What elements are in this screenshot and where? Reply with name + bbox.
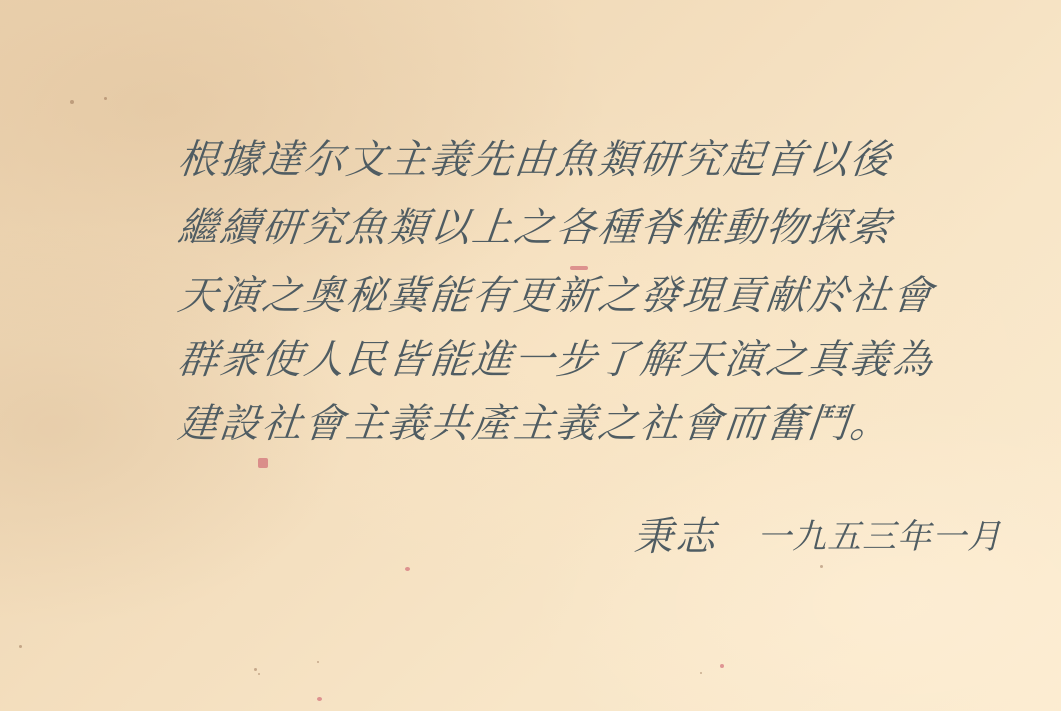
paper-stain [820,565,823,568]
paper-stain [317,661,319,663]
ink-mark [570,266,588,270]
letter-line-1: 根據達尔文主義先由魚類研究起首以後 [176,140,894,180]
ink-mark [720,664,724,668]
paper-stain [104,97,107,100]
letter-line-5: 建設社會主義共產主義之社會而奮鬥。 [176,404,894,444]
paper-stain [258,673,260,675]
paper-stain [19,645,22,648]
ink-mark [317,697,322,701]
ink-mark [405,567,410,571]
paper-stain [254,668,257,671]
ink-mark [258,458,268,468]
aged-paper-sheet: 根據達尔文主義先由魚類研究起首以後 繼續研究魚類以上之各種脊椎動物探索 天演之奧… [0,0,1061,711]
paper-stain [70,100,74,104]
letter-line-4: 群衆使人民皆能進一步了解天演之真義為 [176,340,936,380]
letter-line-2: 繼續研究魚類以上之各種脊椎動物探索 [176,208,894,248]
signature-date: 一九五三年一月 [757,509,1002,558]
paper-stain [700,672,702,674]
signature-block: 秉志 一九五三年一月 [633,505,1002,562]
letter-line-3: 天演之奧秘冀能有更新之發現貢献於社會 [176,276,936,316]
signature-name: 秉志 [633,505,717,562]
